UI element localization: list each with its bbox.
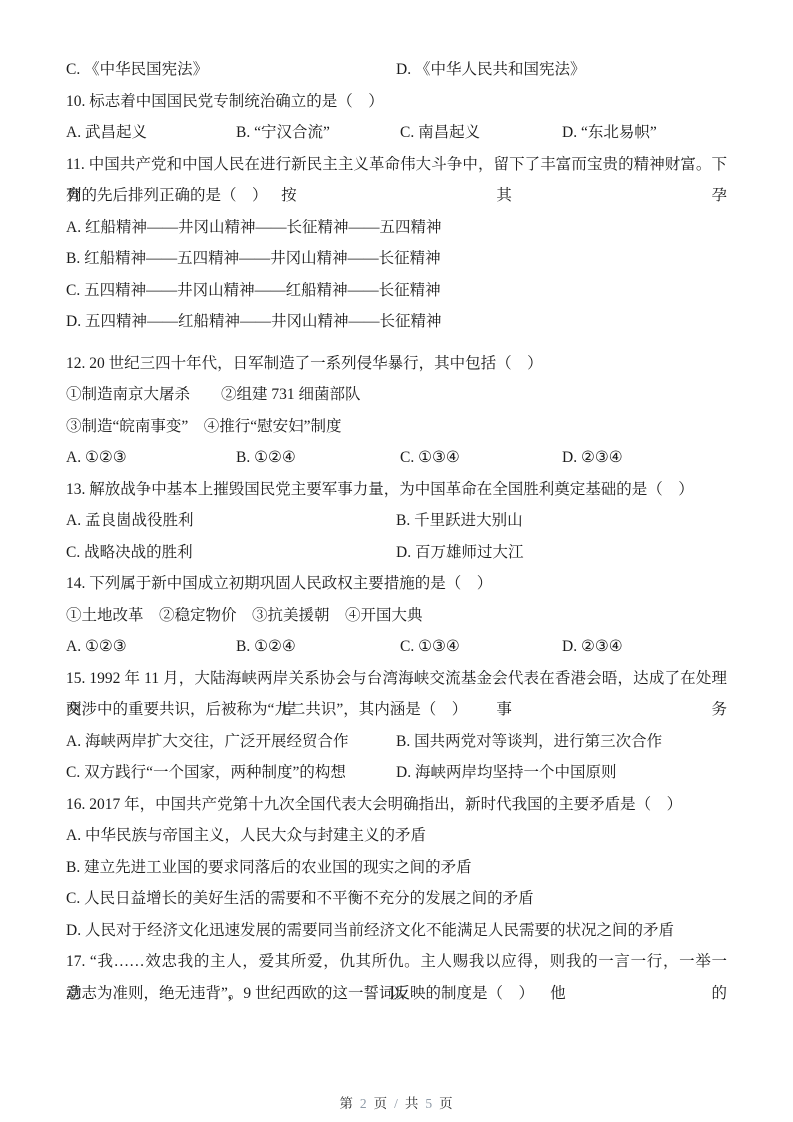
q12-items-line2: ③制造“皖南事变” ④推行“慰安妇”制度 [66, 411, 727, 443]
q13-options-ab-row: A. 孟良崮战役胜利 B. 千里跃进大别山 [66, 505, 727, 537]
q10-stem: 10. 标志着中国国民党专制统治确立的是（ ） [66, 86, 727, 118]
q15-options-ab-row: A. 海峡两岸扩大交往，广泛开展经贸合作 B. 国共两党对等谈判，进行第三次合作 [66, 726, 727, 758]
q11-stem-line1: 11. 中国共产党和中国人民在进行新民主主义革命伟大斗争中，留下了丰富而宝贵的精… [66, 149, 727, 181]
q16-option-d: D. 人民对于经济文化迅速发展的需要同当前经济文化不能满足人民需要的状况之间的矛… [66, 915, 727, 947]
q10-option-c: C. 南昌起义 [400, 117, 480, 149]
q14-stem: 14. 下列属于新中国成立初期巩固人民政权主要措施的是（ ） [66, 568, 727, 600]
q12-stem: 12. 20 世纪三四十年代，日军制造了一系列侵华暴行，其中包括（ ） [66, 348, 727, 380]
footer-page-label: 第 [339, 1096, 354, 1111]
q10-options-row: A. 武昌起义 B. “宁汉合流” C. 南昌起义 D. “东北易帜” [66, 117, 727, 149]
footer-page-unit: 页 [374, 1096, 389, 1111]
q15-options-cd-row: C. 双方践行“一个国家，两种制度”的构想 D. 海峡两岸均坚持一个中国原则 [66, 757, 727, 789]
q14-options-row: A. ①②③ B. ①②④ C. ①③④ D. ②③④ [66, 631, 727, 663]
q9-option-c: C. 《中华民国宪法》 [66, 54, 208, 86]
q12-option-a: A. ①②③ [66, 442, 127, 474]
q11-option-b: B. 红船精神——五四精神——井冈山精神——长征精神 [66, 243, 727, 275]
q17-stem-line1: 17. “我……效忠我的主人，爱其所爱，仇其所仇。主人赐我以应得，则我的一言一行… [66, 946, 727, 978]
footer-total-pages: 5 [425, 1096, 433, 1111]
footer-page-number: 2 [360, 1096, 368, 1111]
q16-option-c: C. 人民日益增长的美好生活的需要和不平衡不充分的发展之间的矛盾 [66, 883, 727, 915]
q10-option-d: D. “东北易帜” [562, 117, 657, 149]
q11-stem-line2: 育的先后排列正确的是（ ） [66, 180, 727, 212]
exam-body: C. 《中华民国宪法》 D. 《中华人民共和国宪法》 10. 标志着中国国民党专… [66, 54, 727, 1009]
q13-option-c: C. 战略决战的胜利 [66, 537, 193, 569]
q12-option-c: C. ①③④ [400, 442, 460, 474]
q12-option-d: D. ②③④ [562, 442, 623, 474]
q11-option-a: A. 红船精神——井冈山精神——长征精神——五四精神 [66, 212, 727, 244]
q17-stem-line2: 意志为准则，绝无违背”。9 世纪西欧的这一誓词反映的制度是（ ） [66, 978, 727, 1010]
q14-option-b: B. ①②④ [236, 631, 296, 663]
q10-option-b: B. “宁汉合流” [236, 117, 330, 149]
q14-option-c: C. ①③④ [400, 631, 460, 663]
q15-option-c: C. 双方践行“一个国家，两种制度”的构想 [66, 757, 346, 789]
q14-option-a: A. ①②③ [66, 631, 127, 663]
footer-total-unit: 页 [439, 1096, 454, 1111]
q13-option-b: B. 千里跃进大别山 [396, 505, 523, 537]
q13-options-cd-row: C. 战略决战的胜利 D. 百万雄师过大江 [66, 537, 727, 569]
q15-option-a: A. 海峡两岸扩大交往，广泛开展经贸合作 [66, 726, 348, 758]
q14-items: ①土地改革 ②稳定物价 ③抗美援朝 ④开国大典 [66, 600, 727, 632]
footer-total-label: 共 [405, 1096, 420, 1111]
q15-option-d: D. 海峡两岸均坚持一个中国原则 [396, 757, 616, 789]
page-footer: 第2页/共5页 [0, 1094, 793, 1114]
q14-option-d: D. ②③④ [562, 631, 623, 663]
q10-option-a: A. 武昌起义 [66, 117, 147, 149]
q13-option-a: A. 孟良崮战役胜利 [66, 505, 193, 537]
q15-stem-line1: 15. 1992 年 11 月，大陆海峡两岸关系协会与台湾海峡交流基金会代表在香… [66, 663, 727, 695]
q9-options-cd-row: C. 《中华民国宪法》 D. 《中华人民共和国宪法》 [66, 54, 727, 86]
exam-document-page: C. 《中华民国宪法》 D. 《中华人民共和国宪法》 10. 标志着中国国民党专… [0, 0, 793, 1122]
q11-option-c: C. 五四精神——井冈山精神——红船精神——长征精神 [66, 275, 727, 307]
q9-option-d: D. 《中华人民共和国宪法》 [396, 54, 585, 86]
q13-stem: 13. 解放战争中基本上摧毁国民党主要军事力量，为中国革命在全国胜利奠定基础的是… [66, 474, 727, 506]
q12-options-row: A. ①②③ B. ①②④ C. ①③④ D. ②③④ [66, 442, 727, 474]
q13-option-d: D. 百万雄师过大江 [396, 537, 523, 569]
q11-option-d: D. 五四精神——红船精神——井冈山精神——长征精神 [66, 306, 727, 338]
q12-items-line1: ①制造南京大屠杀 ②组建 731 细菌部队 [66, 379, 727, 411]
footer-separator: / [394, 1096, 399, 1111]
q15-stem-line2: 交涉中的重要共识，后被称为“九二共识”，其内涵是（ ） [66, 694, 727, 726]
q12-option-b: B. ①②④ [236, 442, 296, 474]
q15-option-b: B. 国共两党对等谈判，进行第三次合作 [396, 726, 662, 758]
q16-stem: 16. 2017 年，中国共产党第十九次全国代表大会明确指出，新时代我国的主要矛… [66, 789, 727, 821]
q16-option-a: A. 中华民族与帝国主义，人民大众与封建主义的矛盾 [66, 820, 727, 852]
q16-option-b: B. 建立先进工业国的要求同落后的农业国的现实之间的矛盾 [66, 852, 727, 884]
